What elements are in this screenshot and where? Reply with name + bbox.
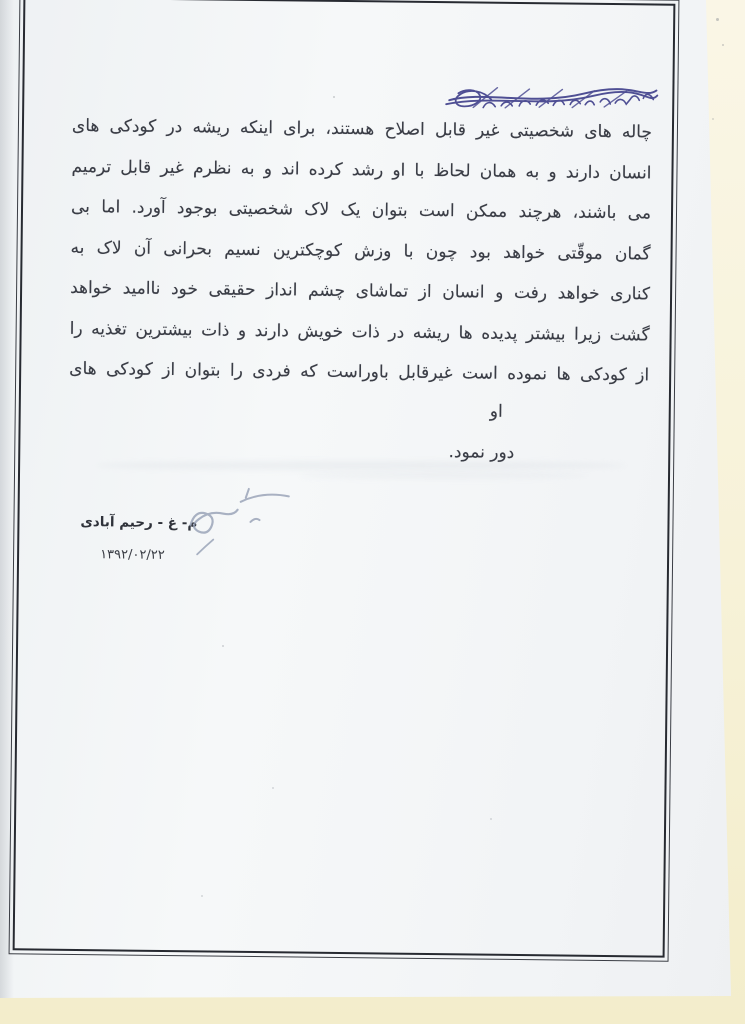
handwritten-signature xyxy=(180,485,306,566)
paper-page: چاله های شخصیتی غیر قابل اصلاح هستند، بر… xyxy=(0,0,745,1024)
signature-date: ۱۳۹۲/۰۲/۲۲ xyxy=(100,547,165,563)
text-line: می باشند، هرچند ممکن است بتوان یک لاک شخ… xyxy=(71,187,651,234)
text-line: گشت زیرا بیشتر پدیده ها ریشه در ذات خویش… xyxy=(69,308,649,355)
crossed-out-handwriting-scribble xyxy=(443,82,658,112)
dust-speck xyxy=(722,44,724,46)
dust-speck xyxy=(712,118,714,120)
page-border-frame: چاله های شخصیتی غیر قابل اصلاح هستند، بر… xyxy=(9,0,680,962)
body-text: چاله های شخصیتی غیر قابل اصلاح هستند، بر… xyxy=(69,106,652,396)
text-line: گمان موقّتی خواهد بود چون با وزش کوچکتری… xyxy=(70,227,650,274)
text-line: او xyxy=(490,402,503,422)
scanned-document: { "document": { "language": "fa", "body_… xyxy=(0,0,745,1024)
text-line: از کودکی ها نموده است غیرقابل باوراست که… xyxy=(69,349,649,396)
text-line: کناری خواهد رفت و انسان از تماشای چشم ان… xyxy=(70,268,650,315)
page-content: چاله های شخصیتی غیر قابل اصلاح هستند، بر… xyxy=(10,0,679,961)
text-line: چاله های شخصیتی غیر قابل اصلاح هستند، بر… xyxy=(72,106,652,153)
text-line: انسان دارند و به همان لحاظ با او رشد کرد… xyxy=(71,146,651,193)
dust-speck xyxy=(716,18,719,21)
text-line: دور نمود. xyxy=(448,442,514,463)
